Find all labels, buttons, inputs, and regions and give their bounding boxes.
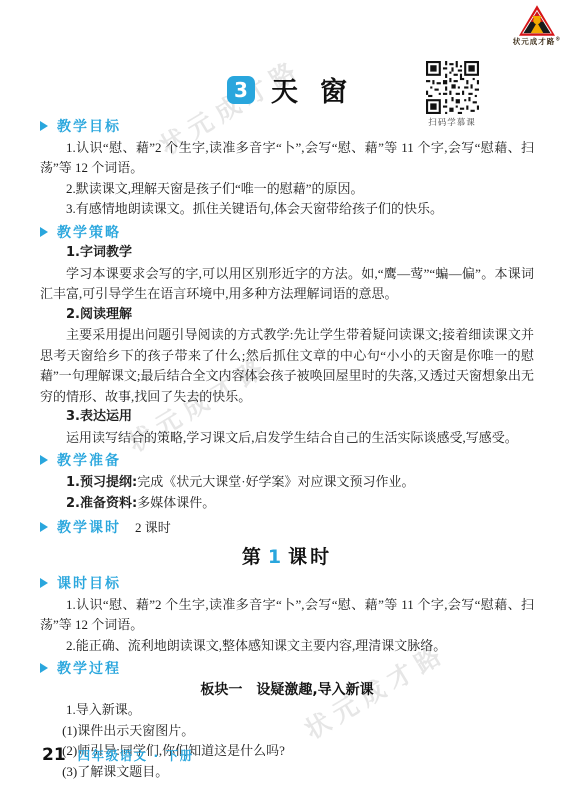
process-step: 1.导入新课。 [40,700,534,721]
lesson-title-row: 3天窗 [0,70,574,109]
preparation-item-label: 2.准备资料: [66,496,137,511]
section-arrow-icon [40,578,48,588]
textbook-page: 状元成才路 状元成才路 状元成才路 状元成才路® 3天窗 [0,0,574,802]
preparation-item-text: 完成《状元大课堂·好学案》对应课文预习作业。 [137,474,414,489]
brand-name: 状元成才路® [509,36,565,47]
section-heading-objectives: 教学目标 [40,117,534,138]
section-heading-label: 教学准备 [57,453,121,469]
section-arrow-icon [40,121,48,131]
section-heading-label: 教学过程 [57,661,121,677]
book-title: 四年级语文 · 下册 [78,748,194,763]
process-step: (1)课件出示天窗图片。 [40,721,534,742]
preparation-item: 2.准备资料:多媒体课件。 [40,493,534,515]
period-heading: 第1课时 [40,545,534,569]
strategy-subheading: 2.阅读理解 [40,305,534,326]
section-heading-strategy: 教学策略 [40,223,534,244]
page-footer: 21四年级语文 · 下册 [42,745,194,765]
section-arrow-icon [40,522,48,532]
preparation-item: 1.预习提纲:完成《状元大课堂·好学案》对应课文预习作业。 [40,472,534,494]
preparation-item-text: 多媒体课件。 [137,495,215,510]
period-number: 1 [264,546,288,568]
strategy-subheading: 3.表达运用 [40,407,534,428]
period-goal-item: 2.能正确、流利地朗读课文,整体感知课文主要内容,理清课文脉络。 [40,636,534,657]
lesson-number-badge: 3 [227,76,255,104]
period-goal-item: 1.认识“慰、藉”2 个生字,读准多音字“卜”,会写“慰、藉”等 11 个字,会… [40,595,534,636]
period-prefix: 第 [242,546,264,568]
objective-item: 2.默读课文,理解天窗是孩子们“唯一的慰藉”的原因。 [40,179,534,200]
process-block-title: 板块一 设疑激趣,导入新课 [40,680,534,701]
section-heading-label: 课时目标 [57,576,121,592]
strategy-subheading: 1.字词教学 [40,243,534,264]
strategy-paragraph: 学习本课要求会写的字,可以用区别形近字的方法。如,“鹰—莺”“蝙—偏”。本课词汇… [40,264,534,305]
brand-logo: 状元成才路® [509,5,565,47]
section-heading-label: 教学策略 [57,225,121,241]
section-heading-period-goals: 课时目标 [40,574,534,595]
period-suffix: 课时 [288,546,332,568]
preparation-item-label: 1.预习提纲: [66,475,137,490]
strategy-paragraph: 主要采用提出问题引导阅读的方式教学:先让学生带着疑问读课文;接着细读课文并思考天… [40,325,534,407]
page-number: 21 [42,745,66,765]
objective-item: 3.有感情地朗读课文。抓住关键语句,体会天窗带给孩子们的快乐。 [40,199,534,220]
teaching-hours-value: 2 课时 [135,520,171,535]
section-heading-label: 教学课时 [57,520,121,536]
section-heading-process: 教学过程 [40,659,534,680]
section-arrow-icon [40,455,48,465]
section-heading-preparation: 教学准备 [40,451,534,472]
strategy-paragraph: 运用读写结合的策略,学习课文后,启发学生结合自己的生活实际谈感受,写感受。 [40,428,534,449]
section-arrow-icon [40,663,48,673]
qr-code-icon [426,61,479,114]
objective-item: 1.认识“慰、藉”2 个生字,读准多音字“卜”,会写“慰、藉”等 11 个字,会… [40,138,534,179]
section-heading-hours: 教学课时 [40,520,121,536]
teaching-hours-row: 教学课时2 课时 [40,518,534,539]
page-content: 教学目标 1.认识“慰、藉”2 个生字,读准多音字“卜”,会写“慰、藉”等 11… [40,114,534,782]
section-arrow-icon [40,227,48,237]
section-heading-label: 教学目标 [57,119,121,135]
lesson-title: 天窗 [271,77,369,108]
scholar-triangle-icon [519,5,555,36]
